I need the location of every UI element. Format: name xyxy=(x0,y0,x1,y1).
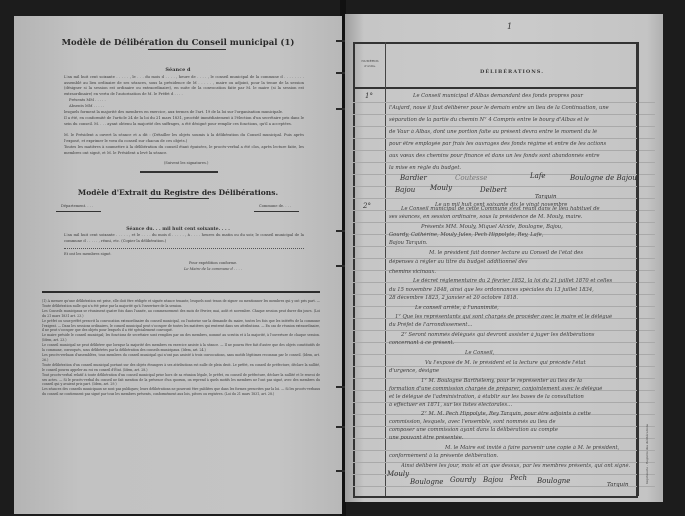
ruled-line xyxy=(353,138,655,139)
certified-line-2: Le Maire de la commune d . . . . xyxy=(184,267,242,271)
register-header-row xyxy=(353,42,638,89)
column-divider xyxy=(385,42,386,496)
ruled-line xyxy=(353,246,655,247)
entry-2-line: du Préfet de l'arrondissement... xyxy=(389,322,638,328)
extract-paragraph: L'an mil huit cent soixante . . . . . , … xyxy=(64,233,304,244)
footnote-paragraph: Le préfet ou sous-préfet prescrit la con… xyxy=(42,319,320,334)
signature: Tarquin xyxy=(535,194,557,200)
signature: Bardier xyxy=(400,174,427,182)
entry-2-line: Gourdy, Cathérine, Mouly Jules, Pech Hip… xyxy=(389,232,638,238)
seance-heading-2: Séance du. . . mil huit cent soixante. .… xyxy=(14,227,342,232)
footnote-paragraph: (1) A mesure qu'une délibération est pri… xyxy=(42,299,320,309)
signature: Mouly xyxy=(387,470,409,478)
entry-2-line: 28 décembre 1823, 2 janvier et 20 octobr… xyxy=(389,295,638,301)
seance-heading: Séance d xyxy=(14,67,342,73)
signature: Lafe xyxy=(530,172,546,180)
entry-2-line: et le délégué de l'administration, à éta… xyxy=(389,394,638,400)
footnote-divider xyxy=(42,291,320,293)
commune-flourish xyxy=(254,211,299,212)
certified-line-1: Pour expédition conforme. xyxy=(189,261,237,265)
entry-2-line: d'urgence, désigne xyxy=(389,368,638,374)
footnote-paragraph: Les séances des conseils municipaux ne s… xyxy=(42,387,320,397)
present-members-line: Présents MM . . . . . xyxy=(69,98,309,104)
entry-2-line: chemins vicinaux. xyxy=(389,269,638,275)
departement-label: Département. . . . xyxy=(61,204,93,208)
entry-2-line: Présents MM. Mouly, Miquel Alcide, Boulo… xyxy=(421,224,637,230)
entry-2-line: composer une commission ayant dans la dé… xyxy=(389,427,638,433)
page-number: 1 xyxy=(507,22,512,31)
signature: Bajou xyxy=(395,186,415,194)
footnote-paragraph: Le conseil municipal ne peut délibérer q… xyxy=(42,343,320,353)
footnote-paragraph: Les Conseils municipaux se réunissent qu… xyxy=(42,309,320,319)
entry-2-line: concernant à ce présent. xyxy=(389,340,638,346)
title-underline-2 xyxy=(149,198,209,199)
form-paragraph-quorum: lesquels forment la majorité des membres… xyxy=(64,110,304,116)
left-page-printed-form: Modèle de Délibération du Conseil munici… xyxy=(14,16,342,514)
entry-1-line: séparation de la partie du chemin N° 4 C… xyxy=(389,117,638,123)
form-title-extract: Modèle d'Extrait du Registre des Délibér… xyxy=(14,188,342,197)
entry-2-line: Le Conseil, xyxy=(465,350,565,356)
ruled-line xyxy=(353,126,655,127)
footnote-paragraph: Les procès-verbaux d'assemblées, tous me… xyxy=(42,353,320,363)
entry-2-line: 2° Seront nommés délégués qui devront as… xyxy=(401,332,637,338)
entry-2-line: Vu l'exposé de M. le président et la lec… xyxy=(425,360,637,366)
signature: Delbert xyxy=(480,186,507,194)
ruled-line xyxy=(353,162,655,163)
entry-2-line: Le Conseil municipal de cette Commune s'… xyxy=(401,206,637,212)
entry-2-line: Le conseil arrête, à l'unanimité, xyxy=(415,305,637,311)
signature: Gourdy xyxy=(450,476,476,484)
entry-2-line: dépenses à régler au titre du budget add… xyxy=(389,259,638,265)
entry-1-line: Le Conseil municipal d'Albas demandant d… xyxy=(413,93,638,99)
ruled-line xyxy=(353,222,655,223)
entry-1-line: pour être employée par frais les ouvrage… xyxy=(389,141,638,147)
section-divider xyxy=(140,171,218,173)
header-numero-column: NUMÉROS d'ordre. xyxy=(357,59,383,69)
form-paragraph-president: M. le Président a ouvert la séance et a … xyxy=(64,133,304,144)
footnote-paragraph: Toute délibération d'un conseil municipa… xyxy=(42,363,320,373)
entry-2-line: commission, lesquels, avec l'ensemble, s… xyxy=(389,419,638,425)
entry-2-line: Le décret réglementaire du 2 février 185… xyxy=(413,278,637,284)
entry-1-line: la mise en règle du budget. xyxy=(389,165,638,171)
signature: Boulogne xyxy=(537,477,570,485)
entry-number-2: 2° xyxy=(363,202,371,210)
entry-2-line: 1° M. Boulogne Barthélemy, pour le repré… xyxy=(421,378,637,384)
ruled-line xyxy=(353,114,655,115)
signature: Mouly xyxy=(430,184,452,192)
signature: Boulogne de Bajou xyxy=(570,174,637,182)
entry-2-line: à effectuer en 1871, sur les listes élec… xyxy=(389,402,638,408)
entry-number-1: 1° xyxy=(365,92,373,100)
entry-2-line: du 15 novembre 1848, ainsi que les ordon… xyxy=(389,287,638,293)
ruled-line xyxy=(353,366,655,367)
entry-2-line: Bajou Tarquin. xyxy=(389,240,638,246)
signed-line: Et ont les membres signé. xyxy=(64,252,112,256)
entry-2-line: ses séances, en session ordinaire, sous … xyxy=(389,214,638,220)
entry-1-line: de Vaur à Albas, dont une portion faite … xyxy=(389,129,638,135)
footnotes-block: (1) A mesure qu'une délibération est pri… xyxy=(42,299,320,397)
commune-label: Commune de. . . . xyxy=(259,204,291,208)
footnote-paragraph: Tout procès-verbal relatif à toute délib… xyxy=(42,373,320,388)
footnote-paragraph: Le maire préside le conseil municipal; l… xyxy=(42,333,320,343)
form-paragraph-secretary: Il a été, en conformité de l'article 24 … xyxy=(64,116,304,127)
entry-1-line: l'Aujard, noue il faut délibérer pour le… xyxy=(389,105,638,111)
entry-2-line: formation d'une commission chargée de pr… xyxy=(389,386,638,392)
form-title-deliberation: Modèle de Délibération du Conseil munici… xyxy=(14,38,342,48)
absent-members-line: Absents MM . . . . . xyxy=(69,104,309,110)
entry-1-line: aux vœux des chemins pour finance et dan… xyxy=(389,153,638,159)
entry-2-line: M. le président fait donner lecture au C… xyxy=(429,250,637,256)
margin-printer-text: Imprimerie - Registre des délibérations xyxy=(645,424,649,484)
form-paragraph-closing: Toutes les matières à soumettre à la dél… xyxy=(64,145,304,156)
signature: Boulogne xyxy=(410,478,443,486)
entry-2-line: M. le Maire est invité à faire parvenir … xyxy=(445,445,637,451)
dotted-line xyxy=(64,248,304,249)
entry-2-line: 1° Que les représentants qui sont chargé… xyxy=(395,314,638,320)
entry-2-line: conformément à la présente délibération. xyxy=(389,453,638,459)
ruled-line xyxy=(353,198,655,199)
header-deliberations-column: DÉLIBÉRATIONS. xyxy=(387,69,637,75)
form-paragraph-1: L'an mil huit cent soixante . . . . . , … xyxy=(64,75,304,97)
ruled-line xyxy=(353,150,655,151)
title-underline xyxy=(148,49,226,50)
right-page-register: 1 NUMÉROS d'ordre. DÉLIBÉRATIONS. 1° Le … xyxy=(345,14,663,502)
departement-flourish xyxy=(56,211,101,212)
right-margin-rule xyxy=(637,42,639,496)
entry-2-line: 2° M. M. Pech Hippolyte, Rey Tarquin, po… xyxy=(421,411,637,417)
signature: Pech xyxy=(510,474,527,482)
ruled-line xyxy=(353,102,655,103)
entry-2-line: Ainsi délibéré les jour, mois et an que … xyxy=(401,463,637,469)
signature: Tarquin xyxy=(607,482,629,488)
ruled-line xyxy=(353,330,655,331)
entry-2-line: une pouvant être présentée. xyxy=(389,435,638,441)
signature: Coutesse xyxy=(455,174,487,182)
signature: Bajou xyxy=(483,476,503,484)
signatures-note: (Suivent les signatures.) xyxy=(164,161,208,165)
